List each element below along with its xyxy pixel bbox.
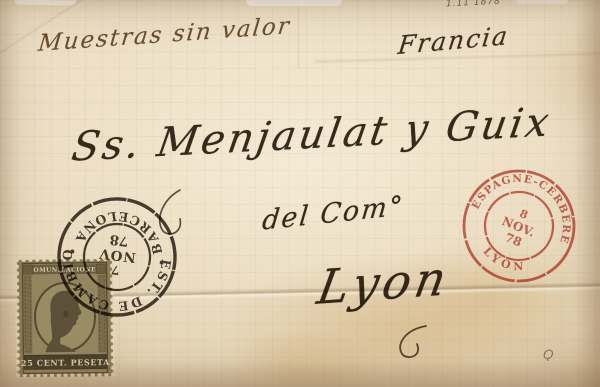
postmark-rotated-group: ESPAGNE-CERBÈRE LYON 8 NOV. 78 bbox=[454, 161, 584, 291]
stamp-corner bbox=[23, 265, 32, 275]
destination-city-handwriting: Lyon bbox=[313, 251, 454, 316]
ring-text-bottom: LYON bbox=[478, 243, 532, 280]
paper-edge-gap bbox=[516, 0, 568, 4]
paper-edge-gap bbox=[246, 0, 342, 6]
date-year: 78 bbox=[109, 231, 130, 249]
black-barcelona-postmark: EST. DE CAMBIO BARCELONA 7 NOV 78 bbox=[47, 187, 187, 327]
postmark-rotated-group: EST. DE CAMBIO BARCELONA 7 NOV 78 bbox=[52, 192, 181, 321]
red-entry-postmark: ESPAGNE-CERBÈRE LYON 8 NOV. 78 bbox=[454, 161, 584, 291]
flourish-under-city bbox=[392, 322, 434, 362]
date-day: 7 bbox=[110, 262, 120, 277]
stamp-denomination-text: 25 CENT. PESETA bbox=[21, 357, 110, 368]
folded-letter-cover: Muestras sin valor Francia 1.11 1878 Ss.… bbox=[0, 0, 600, 387]
